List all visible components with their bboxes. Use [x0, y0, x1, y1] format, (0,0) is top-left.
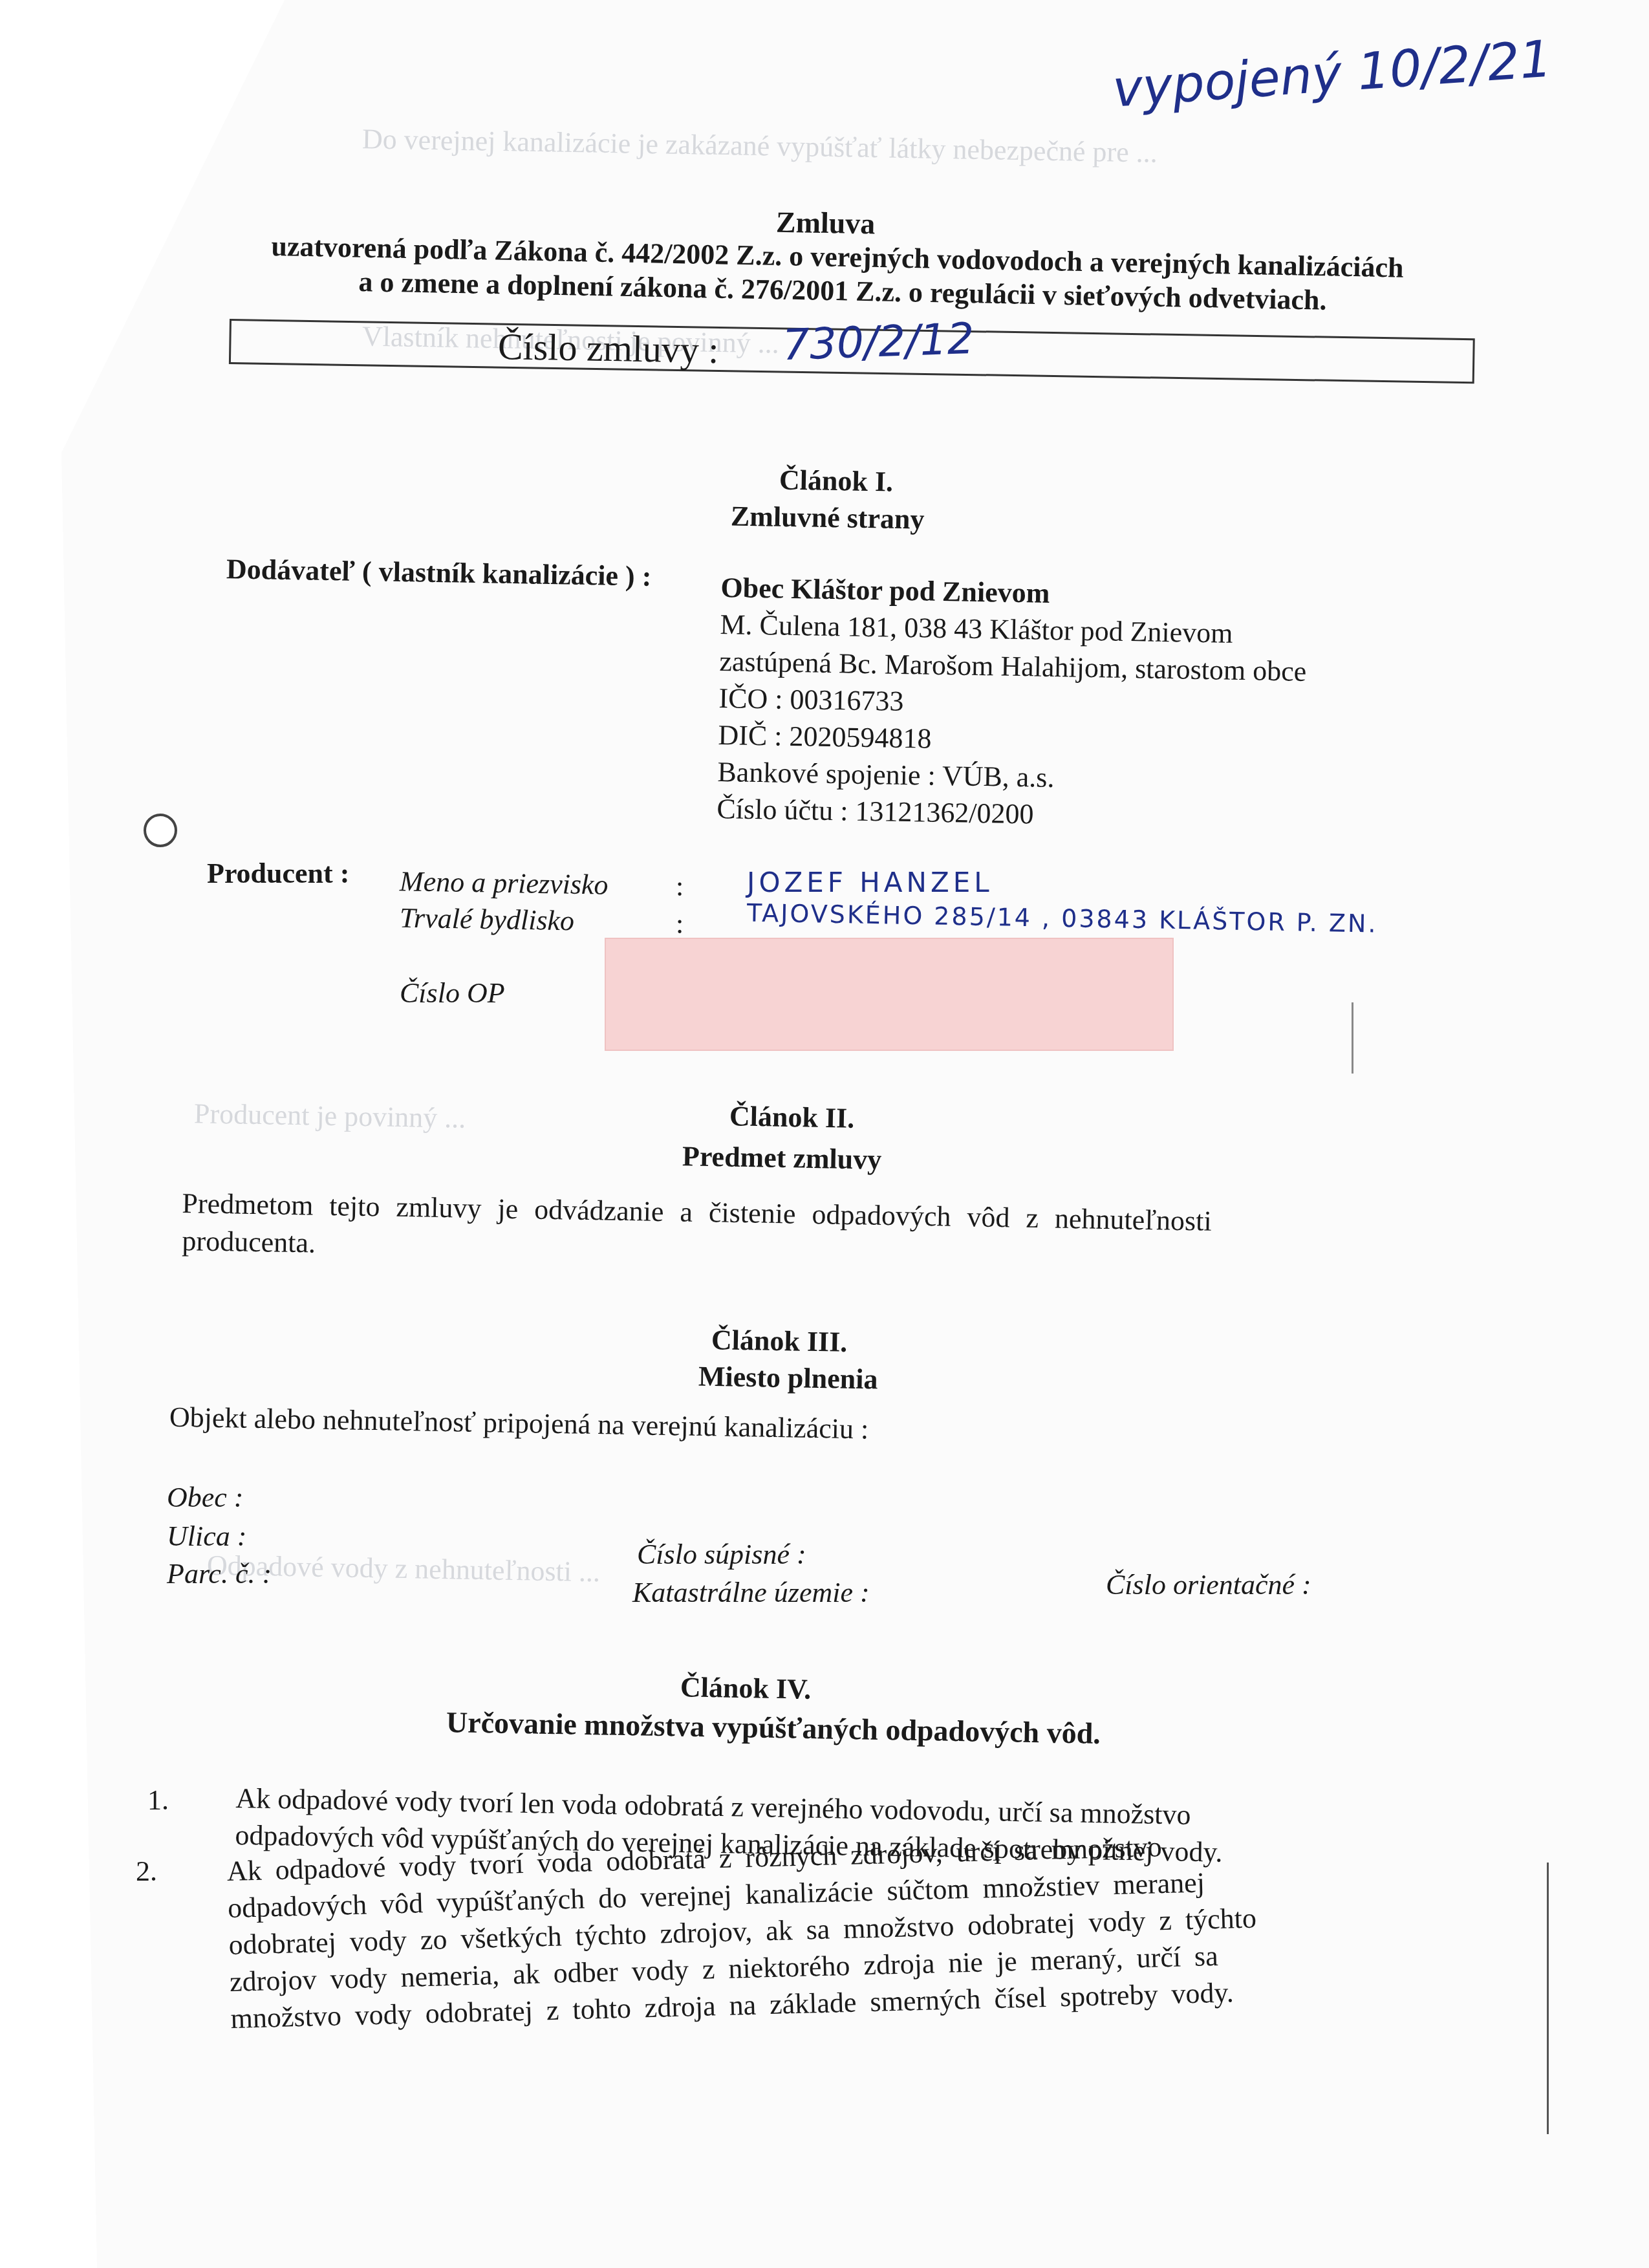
scan-edge-line — [1352, 1002, 1353, 1074]
producer-label: Producent : — [207, 857, 349, 890]
item-2-number: 2. — [136, 1855, 157, 1888]
article-3-intro: Objekt alebo nehnuteľnosť pripojená na v… — [169, 1401, 869, 1446]
article-1-number: Článok I. — [779, 463, 894, 498]
article-3-title: Miesto plnenia — [698, 1360, 878, 1396]
field-parc: Parc. č. : — [167, 1557, 272, 1590]
contract-number-label: Číslo zmluvy : — [497, 325, 719, 372]
document-title: Zmluva — [776, 205, 876, 241]
article-4-title: Určovanie množstva vypúšťaných odpadovýc… — [446, 1705, 1101, 1751]
article-3-number: Článok III. — [711, 1323, 848, 1359]
article-1-title: Zmluvné strany — [731, 499, 925, 535]
producer-name-sep: : — [676, 870, 684, 903]
article-2-text-line-1: Predmetom tejto zmluvy je odvádzanie a č… — [182, 1187, 1212, 1238]
supplier-block: Obec Kláštor pod Znievom M. Čulena 181, … — [717, 569, 1308, 837]
handwritten-note: vypojený 10/2/21 — [1111, 30, 1554, 118]
field-ulica: Ulica : — [167, 1520, 246, 1553]
id-card-label: Číslo OP — [400, 977, 505, 1010]
field-obec: Obec : — [167, 1481, 244, 1514]
item-2-text: Ak odpadové vody tvorí voda odobratá z r… — [226, 1823, 1363, 2037]
article-2-text-line-2: producenta. — [182, 1224, 316, 1260]
contract-number-value[interactable]: 730/2/12 — [782, 314, 975, 370]
supplier-label: Dodávateľ ( vlastník kanalizácie ) : — [226, 552, 652, 592]
producer-name-label: Meno a priezvisko — [400, 865, 609, 902]
producer-name-value[interactable]: JOZEF HANZEL — [747, 867, 993, 898]
bleed-through-text: Producent je povinný ... — [194, 1097, 466, 1134]
redacted-id-number — [605, 938, 1174, 1051]
punch-hole — [144, 814, 177, 847]
item-1-number: 1. — [147, 1784, 169, 1817]
scanned-page: Do verejnej kanalizácie je zakázané vypú… — [0, 0, 1649, 2268]
scan-edge-line — [1547, 1863, 1549, 2134]
field-supisne: Číslo súpisné : — [637, 1538, 806, 1571]
article-4-number: Článok IV. — [680, 1670, 812, 1706]
producer-residence-sep: : — [676, 907, 684, 940]
field-orientacne: Číslo orientačné : — [1106, 1568, 1311, 1601]
field-katastralne: Katastrálne územie : — [632, 1576, 870, 1609]
article-2-number: Článok II. — [729, 1099, 855, 1134]
bleed-through-text: Do verejnej kanalizácie je zakázané vypú… — [362, 122, 1158, 169]
producer-residence-label: Trvalé bydlisko — [400, 902, 575, 938]
article-2-title: Predmet zmluvy — [682, 1139, 882, 1176]
producer-residence-value[interactable]: TAJOVSKÉHO 285/14 , 03843 KLÁŠTOR P. ZN. — [747, 898, 1378, 938]
